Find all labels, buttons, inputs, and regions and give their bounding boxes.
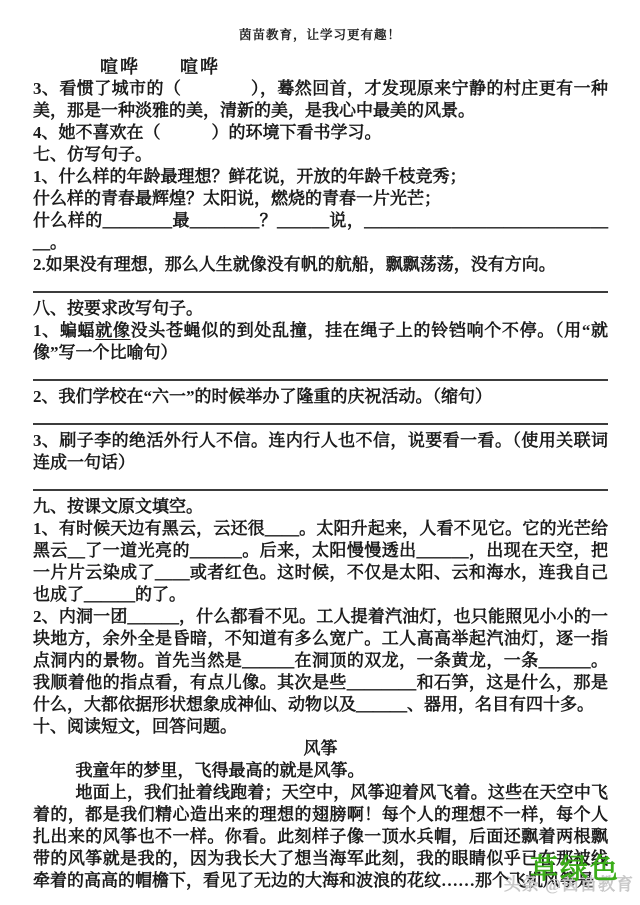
section-7-title: 七、仿写句子。 <box>33 144 608 166</box>
section-8-title: 八、按要求改写句子。 <box>33 298 608 320</box>
section-8-q3: 3、刷子李的绝活外行人不信。连内行人也不信，说要看一看。（使用关联词连成一句话） <box>33 430 608 474</box>
essay-paragraph-1: 我童年的梦里，飞得最高的就是风筝。 <box>33 760 608 782</box>
answer-line <box>33 291 608 293</box>
section-7-q1-line2: 什么样的青春最辉煌？太阳说，燃烧的青春一片光芒； <box>33 188 608 210</box>
section-7-q1-fill-line: 什么样的＿＿＿＿最＿＿＿＿？＿＿＿说，＿＿＿＿＿＿＿＿＿＿＿＿＿＿＿。 <box>33 210 608 254</box>
section-10-title: 十、阅读短文，回答问题。 <box>33 716 608 738</box>
section-8-q1-underlined-word: 就像 <box>95 321 130 340</box>
section-8-q2: 2、我们学校在“六一”的时候举办了隆重的庆祝活动。（缩句） <box>33 386 608 408</box>
section-9-q2: 2、内洞一团＿＿＿，什么都看不见。工人提着汽油灯，也只能照见小小的一块地方，余外… <box>33 606 608 716</box>
section-8-q1-prefix: 1、蝙蝠 <box>33 321 95 340</box>
section-8-q1: 1、蝙蝠就像没头苍蝇似的到处乱撞，挂在绳子上的铃铛响个不停。（用“就像”写一个比… <box>33 320 608 364</box>
brand-header: 茵苗教育，让学习更有趣！ <box>0 28 640 43</box>
essay-title: 风筝 <box>33 738 608 760</box>
section-7-q1-line1: 1、什么样的年龄最理想？鲜花说，开放的年龄千枝竞秀； <box>33 166 608 188</box>
answer-line <box>33 489 608 491</box>
section-7-q2: 2.如果没有理想，那么人生就像没有帆的航船，飘飘荡荡，没有方向。 <box>33 254 608 276</box>
question-3: 3、看惯了城市的（ ），蓦然回首，才发现原来宁静的村庄更有一种美，那是一种淡雅的… <box>33 78 608 122</box>
worksheet-page: 茵苗教育，让学习更有趣！ 喧哗 喧哗 3、看惯了城市的（ ），蓦然回首，才发现原… <box>0 0 640 905</box>
worksheet-body: 喧哗 喧哗 3、看惯了城市的（ ），蓦然回首，才发现原来宁静的村庄更有一种美，那… <box>33 56 608 892</box>
word-practice-line: 喧哗 喧哗 <box>33 56 608 78</box>
answer-line <box>33 423 608 425</box>
question-4: 4、她不喜欢在（ ）的环境下看书学习。 <box>33 122 608 144</box>
answer-line <box>33 379 608 381</box>
green-color-label: 草绿色 <box>530 847 620 887</box>
section-9-title: 九、按课文原文填空。 <box>33 496 608 518</box>
section-9-q1: 1、有时候天边有黑云，云还很＿＿。太阳升起来，人看不见它。它的光芒给黑云＿了一道… <box>33 518 608 606</box>
footer-watermark-group: 头条 @茵苗教育 草绿色 <box>484 853 634 897</box>
